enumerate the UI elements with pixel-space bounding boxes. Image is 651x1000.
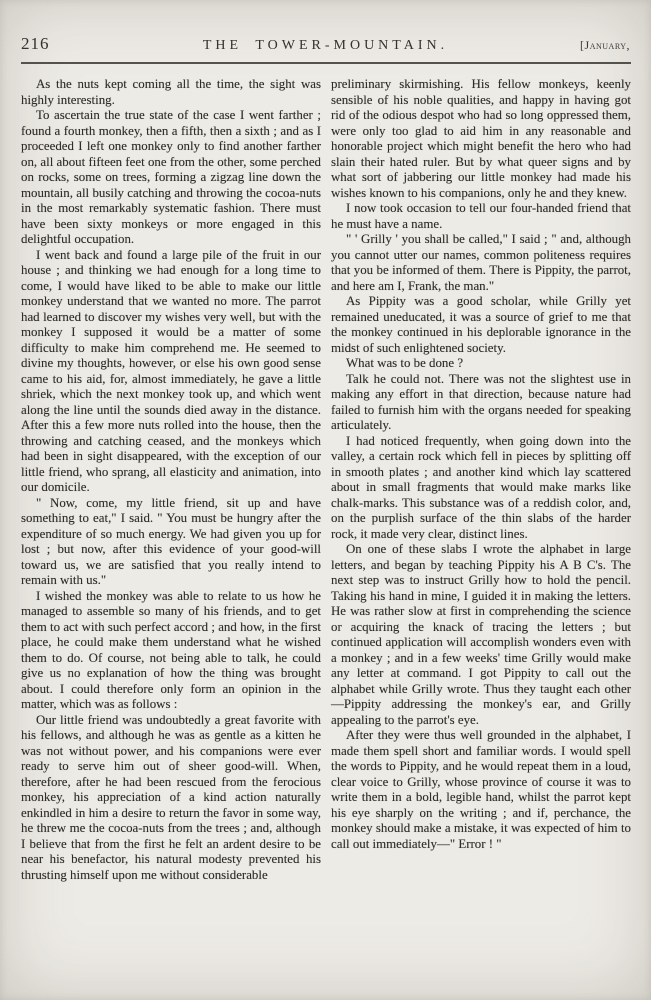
paragraph: After they were thus well grounded in th… [331,728,631,852]
paragraph: As the nuts kept coming all the time, th… [21,77,321,108]
paragraph: I wished the monkey was able to relate t… [21,589,321,713]
running-title: THE TOWER-MOUNTAIN. [131,38,520,54]
paragraph: I went back and found a large pile of th… [21,248,321,496]
paragraph: What was to be done ? [331,356,631,372]
paragraph: Talk he could not. There was not the sli… [331,372,631,434]
paragraph: I now took occasion to tell our four-han… [331,201,631,232]
paragraph: " Now, come, my little friend, sit up an… [21,496,321,589]
paragraph: I had noticed frequently, when going dow… [331,434,631,543]
issue-date: [January, [520,38,630,53]
text-columns: As the nuts kept coming all the time, th… [21,77,631,883]
page-header: 216 THE TOWER-MOUNTAIN. [January, [21,34,630,54]
left-column: As the nuts kept coming all the time, th… [21,77,321,883]
paragraph: " ' Grilly ' you shall be called," I sai… [331,232,631,294]
paragraph: Our little friend was undoubtedly a grea… [21,713,321,884]
paragraph: To ascertain the true state of the case … [21,108,321,248]
paragraph: On one of these slabs I wrote the alphab… [331,542,631,728]
right-column: preliminary skirmishing. His fellow monk… [331,77,631,883]
paragraph: As Pippity was a good scholar, while Gri… [331,294,631,356]
scanned-page: 216 THE TOWER-MOUNTAIN. [January, As the… [0,0,651,1000]
page-number: 216 [21,34,131,54]
header-rule [21,62,631,64]
paragraph: preliminary skirmishing. His fellow monk… [331,77,631,201]
